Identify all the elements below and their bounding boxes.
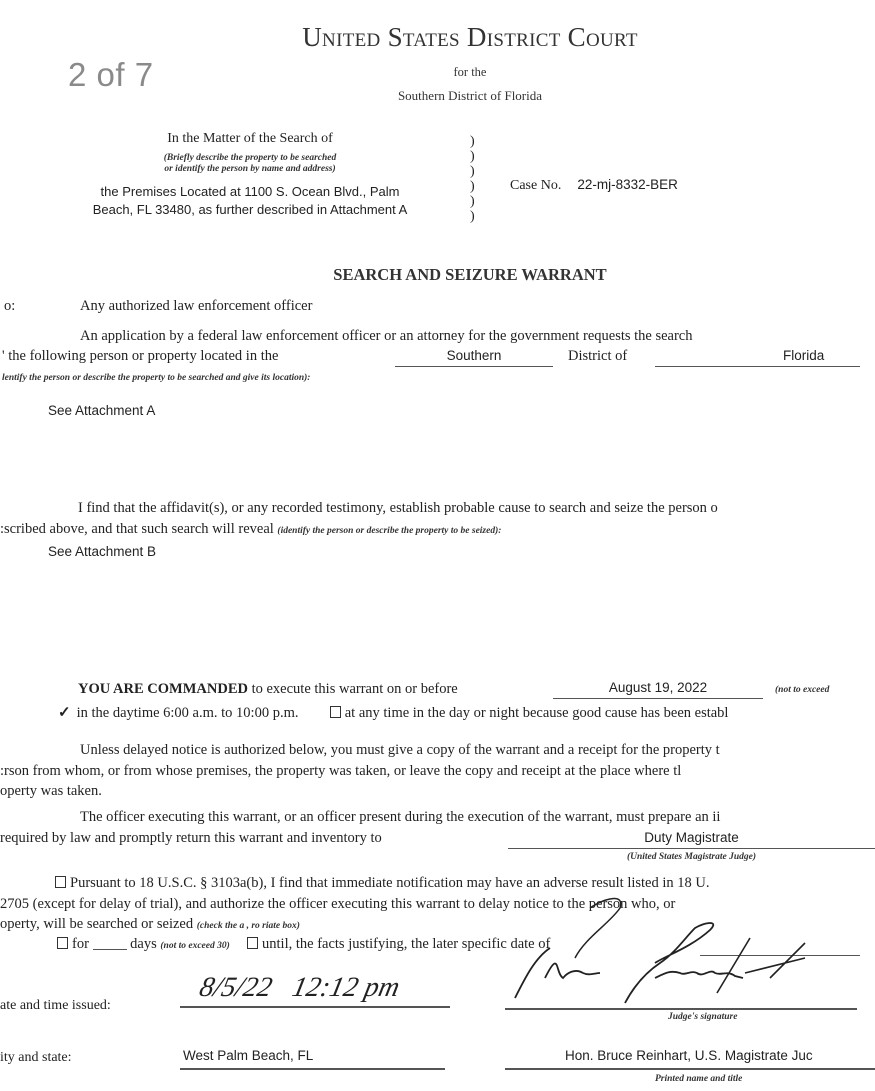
unless-line-1: Unless delayed notice is authorized belo…	[80, 742, 720, 759]
city-label: ity and state:	[0, 1050, 72, 1066]
anytime-option-label: at any time in the day or night because …	[345, 705, 729, 721]
commanded-line: YOU ARE COMMANDED to execute this warran…	[78, 681, 458, 698]
return-to-hint: (United States Magistrate Judge)	[508, 852, 875, 862]
pursuant-line-3: operty, will be searched or seized (chec…	[0, 916, 300, 933]
printed-name-value: Hon. Bruce Reinhart, U.S. Magistrate Juc	[565, 1048, 813, 1063]
execute-by-date-field: August 19, 2022	[553, 680, 763, 699]
city-field: West Palm Beach, FL	[180, 1048, 445, 1070]
court-name: United States District Court	[230, 22, 710, 53]
for-days-checkbox[interactable]	[57, 937, 68, 949]
officer-line-1: The officer executing this warrant, or a…	[80, 809, 720, 826]
matter-hint-1: (Briefly describe the property to be sea…	[40, 153, 460, 163]
attachment-a: See Attachment A	[48, 403, 155, 418]
judge-signature-label: Judge's signature	[668, 1012, 737, 1022]
unless-line-3: operty was taken.	[0, 783, 102, 800]
signature-scribble-icon	[505, 918, 857, 1008]
paren: )	[470, 149, 475, 164]
issued-value: 8/5/22 12:12 pm	[197, 972, 403, 1004]
delay-options: for days (not to exceed 30) until, the f…	[57, 936, 550, 953]
premises-line-2: Beach, FL 33480, as further described in…	[40, 202, 460, 217]
days-input[interactable]	[93, 936, 127, 950]
find-line-2-text: :scribed above, and that such search wil…	[0, 521, 274, 537]
daytime-option-label: in the daytime 6:00 a.m. to 10:00 p.m.	[77, 705, 299, 721]
execution-time-options: ✓in the daytime 6:00 a.m. to 10:00 p.m. …	[58, 703, 728, 722]
matter-title: In the Matter of the Search of	[40, 131, 460, 147]
find-hint: (identify the person or describe the pro…	[277, 526, 501, 536]
case-no-value: 22-mj-8332-BER	[577, 177, 678, 192]
page-indicator: 2 of 7	[68, 56, 154, 94]
case-number: Case No. 22-mj-8332-BER	[510, 176, 678, 194]
find-line-1: I find that the affidavit(s), or any rec…	[78, 500, 718, 517]
daytime-checkbox[interactable]: ✓	[58, 703, 71, 722]
issued-label: ate and time issued:	[0, 998, 111, 1014]
paren: )	[470, 194, 475, 209]
pursuant-hint: (check the a , ro riate box)	[197, 921, 300, 931]
premises-line-1: the Premises Located at 1100 S. Ocean Bl…	[40, 184, 460, 199]
commanded-text: to execute this warrant on or before	[248, 681, 458, 697]
district-of-label: District of	[568, 348, 627, 365]
pursuant-text-1: Pursuant to 18 U.S.C. § 3103a(b), I find…	[70, 875, 709, 891]
city-value: West Palm Beach, FL	[183, 1048, 313, 1063]
state-value-field: Florida	[655, 348, 860, 367]
until-checkbox[interactable]	[247, 937, 258, 949]
paren: )	[470, 179, 475, 194]
district-value-field: Southern	[395, 348, 553, 367]
unless-line-2: :rson from whom, or from whose premises,…	[0, 763, 681, 780]
caption-parens: ) ) ) ) ) )	[470, 134, 475, 224]
printed-name-label: Printed name and title	[655, 1074, 742, 1084]
for-label: for	[72, 936, 89, 952]
matter-hint-2: or identify the person by name and addre…	[40, 164, 460, 174]
days-hint: (not to exceed 30)	[160, 941, 229, 951]
application-line-1: An application by a federal law enforcem…	[80, 328, 693, 345]
for-the: for the	[230, 65, 710, 80]
judge-signature-field	[505, 940, 857, 1010]
paren: )	[470, 134, 475, 149]
attachment-b: See Attachment B	[48, 544, 156, 559]
officer-line-2: required by law and promptly return this…	[0, 830, 382, 847]
pursuant-line-2: 2705 (except for delay of trial), and au…	[0, 896, 675, 913]
district-name: Southern District of Florida	[230, 88, 710, 104]
paren: )	[470, 209, 475, 224]
anytime-checkbox[interactable]	[330, 706, 341, 718]
application-line-2: ' the following person or property locat…	[2, 348, 278, 365]
printed-name-field: Hon. Bruce Reinhart, U.S. Magistrate Juc	[505, 1048, 875, 1070]
court-header: United States District Court for the Sou…	[230, 22, 710, 104]
to-value: Any authorized law enforcement officer	[80, 298, 312, 314]
warrant-title: SEARCH AND SEIZURE WARRANT	[230, 265, 710, 285]
issued-field: 8/5/22 12:12 pm	[180, 980, 450, 1008]
state-value: Florida	[783, 348, 824, 363]
to-line: o:Any authorized law enforcement officer	[4, 298, 312, 315]
pursuant-text-3: operty, will be searched or seized	[0, 916, 193, 932]
to-label: o:	[4, 298, 80, 315]
pursuant-checkbox[interactable]	[55, 876, 66, 888]
paren: )	[470, 164, 475, 179]
return-to-field: Duty Magistrate	[508, 830, 875, 849]
matter-block: In the Matter of the Search of (Briefly …	[40, 131, 460, 217]
not-exceed-hint: (not to exceed	[775, 685, 829, 695]
commanded-bold: YOU ARE COMMANDED	[78, 681, 248, 697]
identify-hint: lentify the person or describe the prope…	[2, 373, 310, 383]
pursuant-line-1: Pursuant to 18 U.S.C. § 3103a(b), I find…	[55, 875, 709, 892]
application-prefix: ' the following person or property locat…	[2, 348, 278, 364]
days-label: days	[130, 936, 157, 952]
case-no-label: Case No.	[510, 178, 561, 193]
find-line-2: :scribed above, and that such search wil…	[0, 521, 501, 538]
